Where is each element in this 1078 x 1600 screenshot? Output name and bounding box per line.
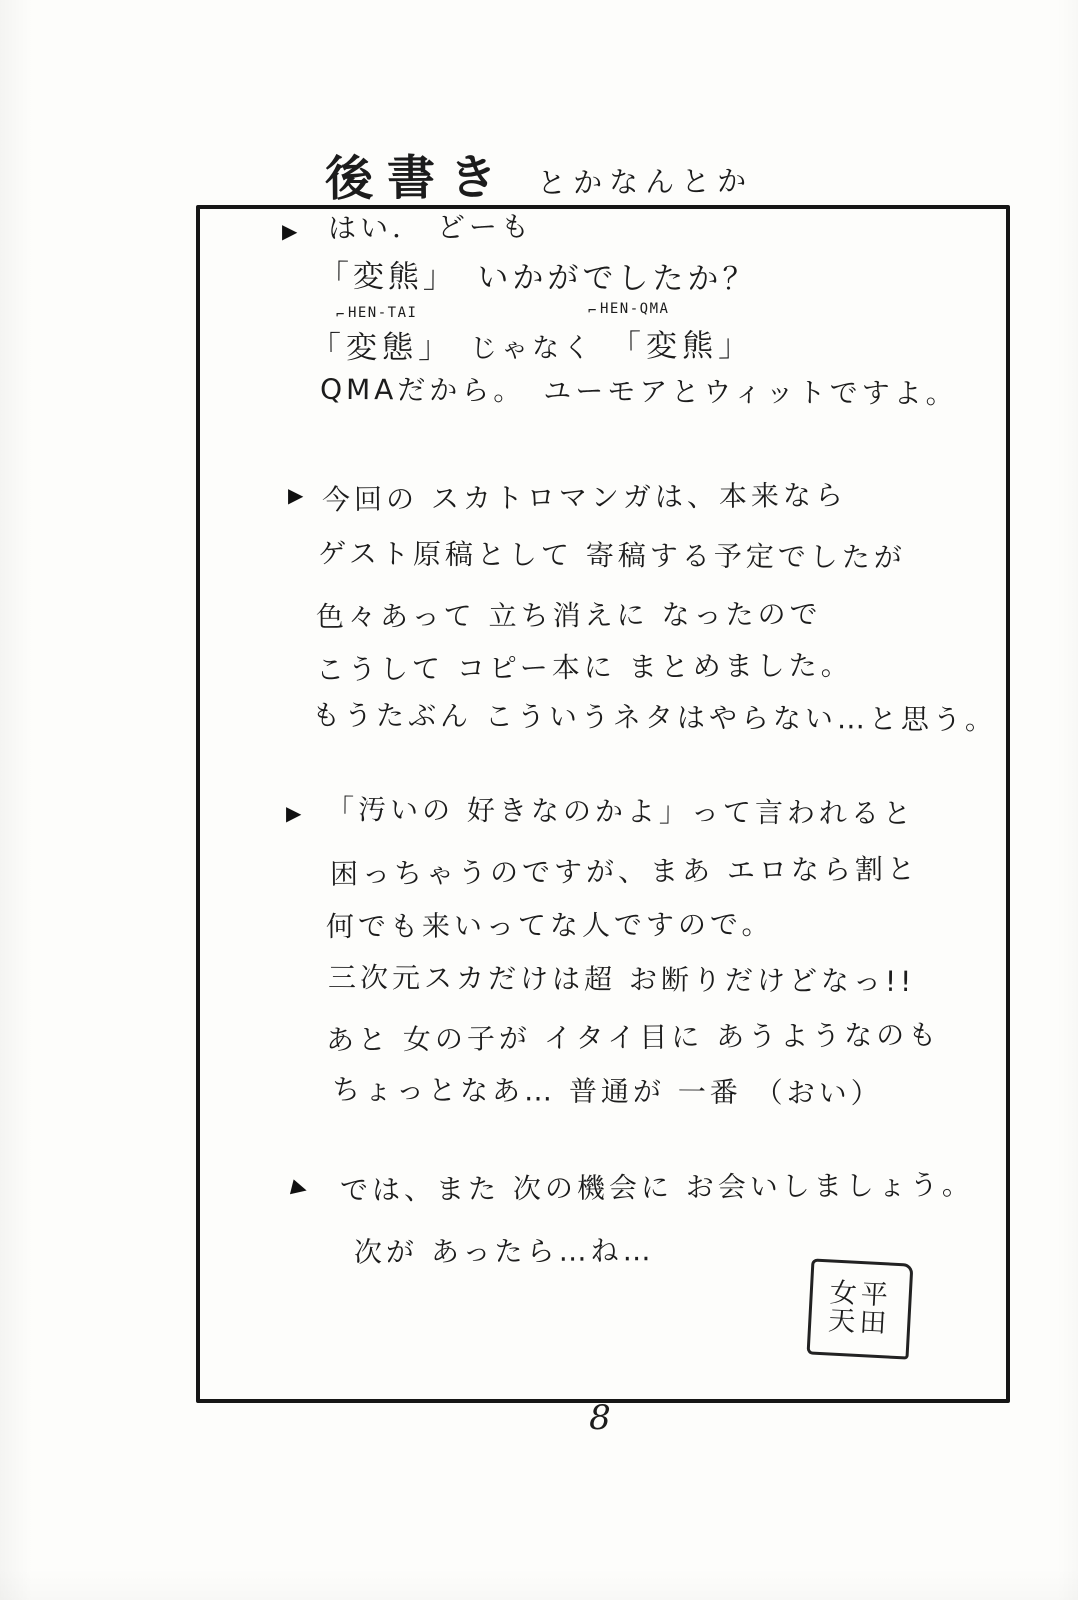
afterword-frame: ▶ はい． どーも 「変熊」 いかがでしたか？ ⌐HEN-TAI ⌐HEN-QM… xyxy=(196,205,1010,1403)
handwritten-line: ちょっとなあ… 普通が 一番 （おい） xyxy=(332,1075,883,1110)
handwritten-line: こうして コピー本に まとめました。 xyxy=(316,651,853,686)
word-hentai: 「変態」 xyxy=(310,329,454,366)
handwritten-line-pun: 「変態」じゃなく「変熊」 xyxy=(310,320,754,367)
signature-row: 天田 xyxy=(828,1307,891,1339)
handwritten-line: はい． どーも xyxy=(328,212,533,245)
ruby-henqma-label: ⌐HEN-QMA xyxy=(588,301,669,317)
ruby-hentai-label: ⌐HEN-TAI xyxy=(336,305,417,321)
word-henqma: 「変熊」 xyxy=(610,328,754,365)
handwritten-line: あと 女の子が イタイ目に あうようなのも xyxy=(326,1020,940,1056)
author-signature-seal: 女平 天田 xyxy=(807,1258,914,1359)
afterword-title: 後書き xyxy=(325,149,512,207)
ruby-tick-mark: ⌐ xyxy=(336,307,346,323)
bullet-triangle-icon: ▶ xyxy=(290,1175,310,1198)
handwritten-line: 何でも来いってな人ですので。 xyxy=(326,910,774,943)
page-number: 8 xyxy=(560,1398,640,1438)
handwritten-line: 次が あったら…ね… xyxy=(354,1236,655,1268)
handwritten-line: 困っちゃうのですが、まあ エロなら割と xyxy=(330,854,919,890)
handwritten-line: 今回の スカトロマンガは、本来なら xyxy=(322,481,847,516)
handwritten-line: 三次元スカだけは超 お断りだけどなっ!! xyxy=(328,963,916,998)
handwritten-line: もうたぶん こういうネタはやらない…と思う。 xyxy=(312,701,997,737)
page-title: 後書きとかなんとか xyxy=(0,132,1078,212)
handwritten-line: 「汚いの 好きなのかよ」って言われると xyxy=(326,795,915,830)
word-janaku: じゃなく xyxy=(470,333,594,365)
handwritten-line: では、また 次の機会に お会いしましょう。 xyxy=(340,1170,974,1206)
ruby-tick-mark: ⌐ xyxy=(588,303,598,319)
handwritten-line: 「変熊」 いかがでしたか？ xyxy=(318,259,758,296)
handwritten-line: ゲスト原稿として 寄稿する予定でしたが xyxy=(318,539,906,574)
handwritten-line: QMAだから。 ユーモアとウィットですよ。 xyxy=(320,375,958,410)
bullet-triangle-icon: ▶ xyxy=(286,803,301,823)
bullet-triangle-icon: ▶ xyxy=(282,221,297,241)
bullet-triangle-icon: ▶ xyxy=(288,485,303,505)
handwritten-line: 色々あって 立ち消えに なったので xyxy=(316,600,822,633)
afterword-title-note: とかなんとか xyxy=(537,164,753,200)
